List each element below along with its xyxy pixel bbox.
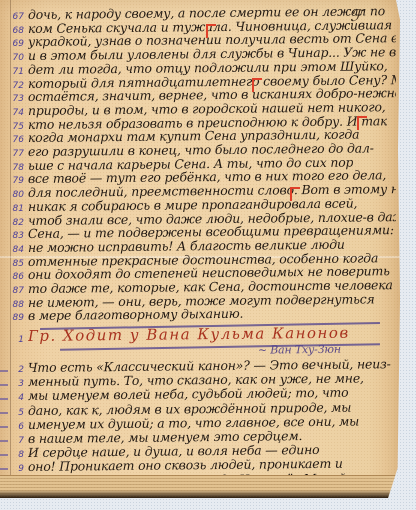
line-text: менный путь. То, что сказано, как он уже… — [28, 371, 364, 390]
line-text: чтоб знали все, что даже люди, недобрые,… — [28, 209, 396, 228]
line-number: 86 — [0, 272, 28, 282]
line-number: 6 — [0, 422, 28, 432]
manuscript-line: 87то даже те, которые, как Сена, достоин… — [0, 280, 393, 296]
manuscript-line: 74природы, и в том, что в городской наше… — [0, 102, 386, 118]
line-text: не имеют, — они, верь, тоже могут подвер… — [28, 291, 375, 310]
line-number: 69 — [0, 39, 28, 49]
manuscript-line: 77его разрушили в конец, что было послед… — [0, 143, 374, 159]
line-number: 84 — [0, 245, 28, 255]
line-text: кто нельзя образовать в преисподнюю к до… — [28, 113, 388, 132]
line-text: все твоё — тут его ребёнка, что в них то… — [28, 168, 386, 187]
manuscript-line: 7в нашем теле, мы именуем это сердцем. — [0, 430, 302, 446]
line-text: ком Сенька скучала и тужила. Чиновница, … — [28, 17, 392, 36]
manuscript-line: 4мы именуем волей неба, судьбой людей; т… — [0, 387, 349, 403]
manuscript-line: 80для последний, преемственности слово. … — [0, 184, 396, 200]
line-text: оно во весь наш мир, что среди Четырёх М… — [28, 470, 350, 488]
line-number: 2 — [0, 365, 28, 375]
manuscript-line: 78ьше с начала карьеры Сена. А ты, что д… — [0, 157, 353, 173]
line-text: оно! Проникает оно сквозь людей, проника… — [28, 456, 343, 474]
line-number: 88 — [0, 300, 28, 310]
line-number: 5 — [0, 408, 28, 418]
manuscript-line: 85отменные прекрасные достоинства, особе… — [0, 253, 378, 269]
manuscript-line: 69украдкой, узнав о позначении получила … — [0, 33, 396, 49]
margin-annotation: ℱ — [350, 6, 374, 36]
margin-rule — [10, 0, 11, 478]
manuscript-line: 9оно! Проникает оно сквозь людей, проник… — [0, 458, 343, 474]
line-number: 87 — [0, 286, 28, 296]
manuscript-line: 8И сердце наше, и душа, и воля неба — ед… — [0, 444, 320, 460]
manuscript-line: ~ Ван Тху-Зюн — [0, 343, 341, 359]
line-number: 71 — [0, 67, 28, 77]
manuscript-line: 3менный путь. То, что сказано, как он уж… — [0, 373, 364, 389]
line-number: 7 — [0, 436, 28, 446]
manuscript-line: 79все твоё — тут его ребёнка, что в них … — [0, 170, 386, 186]
line-number: 10 — [0, 479, 28, 489]
manuscript-line: 89в мере благотворному дыханию. — [0, 307, 243, 323]
line-number: 9 — [0, 464, 28, 474]
line-number: 3 — [0, 379, 28, 389]
line-number: 78 — [0, 163, 28, 173]
line-text: в мере благотворному дыханию. — [28, 306, 243, 323]
manuscript-line: 81никак я собираюсь в мире пропагандиров… — [0, 198, 357, 214]
line-text: который для пятнадцатилетнего своему был… — [28, 72, 396, 91]
correction-mark — [206, 24, 216, 38]
manuscript-line: 2Что есть «Классический канон»? — Это ве… — [0, 359, 391, 375]
correction-mark — [290, 187, 300, 201]
line-number: 80 — [0, 190, 28, 200]
line-text: дано, как к, людям в их врождённой приро… — [28, 399, 351, 417]
manuscript-line: 71дет ли тогда, что отцу подложили при э… — [0, 61, 388, 77]
line-number: 85 — [0, 259, 28, 269]
line-text: остаётся, значит, вернее, что в исканиях… — [28, 85, 396, 104]
manuscript-line: 6именуем их душой; а то, что главное, вс… — [0, 416, 359, 432]
manuscript-line: 68ком Сенька скучала и тужила. Чиновница… — [0, 20, 392, 36]
line-number: 1 — [0, 335, 28, 345]
page-fold — [0, 256, 400, 258]
manuscript-page: ℱ 67дочь, к народу своему, а после смерт… — [0, 0, 400, 498]
manuscript-line: 5дано, как к, людям в их врождённой прир… — [0, 402, 351, 418]
line-number: 76 — [0, 135, 28, 145]
section-heading: 1Гр. Ходит у Вана Кульма Канонов — [0, 329, 350, 345]
binding-stitches — [0, 370, 8, 480]
line-number: 81 — [0, 204, 28, 214]
manuscript-line: 86они доходят до степеней неисповедимых … — [0, 266, 390, 282]
line-number: 8 — [0, 450, 28, 460]
manuscript-line: 83Сена, — и те подвержены всеобщими прев… — [0, 225, 394, 241]
line-text: для последний, преемственности слово. Во… — [28, 181, 396, 200]
line-text: в нашем теле, мы именуем это сердцем. — [28, 428, 303, 446]
line-number: 73 — [0, 94, 28, 104]
manuscript-line: 88не имеют, — они, верь, тоже могут подв… — [0, 294, 375, 310]
line-text: именуем их душой; а то, что главное, все… — [28, 413, 359, 431]
line-text: отменные прекрасные достоинства, особенн… — [28, 250, 378, 269]
binding-shadow — [0, 490, 400, 498]
line-number: 67 — [0, 12, 28, 22]
line-text: дочь, к народу своему, а после смерти ее… — [28, 3, 385, 22]
line-text: украдкой, узнав о позначении получила ве… — [28, 31, 396, 50]
manuscript-line: 82чтоб знали все, что даже люди, недобры… — [0, 212, 396, 228]
line-number: 72 — [0, 81, 28, 91]
manuscript-line: 76когда монархи там купит Сена упразднил… — [0, 129, 359, 145]
line-text: мы именуем волей неба, судьбой людей; то… — [28, 385, 349, 403]
manuscript-line: 67дочь, к народу своему, а после смерти … — [0, 6, 385, 22]
manuscript-line: 10оно во весь наш мир, что среди Четырёх… — [0, 473, 350, 489]
line-text: когда монархи там купит Сена упразднили,… — [28, 127, 360, 145]
manuscript-line: 75кто нельзя образовать в преисподнюю к … — [0, 116, 387, 132]
page-stack-edge — [0, 475, 400, 498]
line-number: 77 — [0, 149, 28, 159]
line-text: Что есть «Классический канон»? — Это веч… — [28, 356, 391, 375]
line-text: Гр. Ходит у Вана Кульма Канонов — [28, 324, 350, 345]
line-number: 75 — [0, 122, 28, 132]
line-text: они доходят до степеней неисповедимых не… — [28, 264, 390, 283]
line-number: 68 — [0, 26, 28, 36]
line-number: 74 — [0, 108, 28, 118]
line-text: ьше с начала карьеры Сена. А ты, что до … — [28, 154, 354, 172]
correction-mark — [357, 116, 367, 130]
line-text: никак я собираюсь в мире пропагандировал… — [28, 195, 358, 213]
line-text: и в этом были уловлены для службы в Чина… — [28, 44, 396, 63]
correction-mark — [252, 78, 262, 92]
line-number: 79 — [0, 176, 28, 186]
manuscript-line: 72который для пятнадцатилетнего своему б… — [0, 75, 396, 91]
line-text: его разрушили в конец, что было последне… — [28, 140, 374, 159]
line-text: дет ли тогда, что отцу подложили при это… — [28, 58, 388, 77]
manuscript-line: 70и в этом были уловлены для службы в Чи… — [0, 47, 396, 63]
line-number: 4 — [0, 393, 28, 403]
line-text: ~ Ван Тху-Зюн — [28, 343, 341, 359]
line-number: 89 — [0, 313, 28, 323]
line-text: Сена, — и те подвержены всеобщими превра… — [28, 222, 394, 241]
line-text: И сердце наше, и душа, и воля неба — еди… — [28, 442, 320, 460]
line-number: 83 — [0, 231, 28, 241]
line-number: 70 — [0, 53, 28, 63]
heading-underline — [60, 343, 380, 350]
line-text: то даже те, которые, как Сена, достоинст… — [28, 277, 393, 296]
line-text: природы, и в том, что в городской нашей … — [28, 99, 386, 118]
manuscript-line: 84не можно исправить! А благость великие… — [0, 239, 345, 255]
manuscript-line: 73остаётся, значит, вернее, что в искани… — [0, 88, 396, 104]
section-divider — [40, 322, 380, 329]
line-text: не можно исправить! А благость великие л… — [28, 237, 345, 255]
line-number: 82 — [0, 218, 28, 228]
